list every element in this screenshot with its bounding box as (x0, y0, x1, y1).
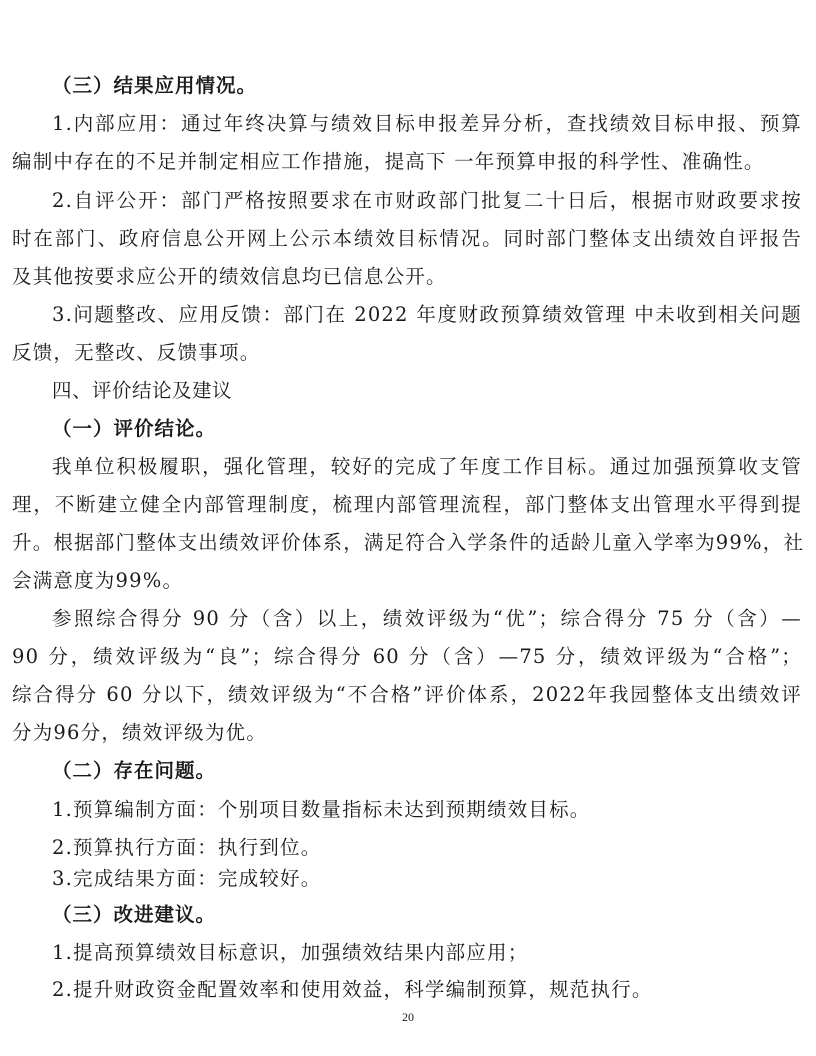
problem-item: 3.完成结果方面：完成较好。 (52, 866, 802, 892)
paragraph-line: 升。根据部门整体支出绩效评价体系，满足符合入学条件的适龄儿童入学率为99%，社 (12, 530, 802, 556)
problem-item: 2.预算执行方面：执行到位。 (52, 835, 802, 861)
paragraph-line: 2.自评公开：部门严格按照要求在市财政部门批复二十日后，根据市财政要求按 (52, 188, 802, 214)
paragraph-line: 1.内部应用：通过年终决算与绩效目标申报差异分析，查找绩效目标申报、预算 (52, 111, 802, 137)
page-number: 20 (0, 1010, 816, 1025)
suggestion-item: 1.提高预算绩效目标意识，加强绩效结果内部应用； (52, 940, 802, 966)
section-heading-results-application: （三）结果应用情况。 (52, 73, 802, 99)
paragraph-line: 会满意度为99%。 (12, 568, 802, 594)
section-heading-conclusion-and-suggestions: 四、评价结论及建议 (52, 378, 802, 404)
subsection-heading-conclusion: （一）评价结论。 (52, 416, 802, 442)
paragraph-line: 理，不断建立健全内部管理制度，梳理内部管理流程，部门整体支出管理水平得到提 (12, 492, 802, 518)
paragraph-line: 编制中存在的不足并制定相应工作措施，提高下 一年预算申报的科学性、准确性。 (12, 149, 802, 175)
paragraph-line: 3.问题整改、应用反馈：部门在 2022 年度财政预算绩效管理 中未收到相关问题 (52, 302, 802, 328)
paragraph-line: 综合得分 60 分以下，绩效评级为“不合格”评价体系，2022年我园整体支出绩效… (12, 682, 802, 708)
subsection-heading-problems: （二）存在问题。 (52, 758, 802, 784)
paragraph-line: 90 分，绩效评级为“良”；综合得分 60 分（含）—75 分，绩效评级为“合格… (12, 644, 802, 670)
suggestion-item: 2.提升财政资金配置效率和使用效益，科学编制预算，规范执行。 (52, 977, 802, 1003)
paragraph-line: 反馈，无整改、反馈事项。 (12, 340, 802, 366)
paragraph-line: 参照综合得分 90 分（含）以上，绩效评级为“优”；综合得分 75 分（含）— (52, 606, 802, 632)
paragraph-line: 时在部门、政府信息公开网上公示本绩效目标情况。同时部门整体支出绩效自评报告 (12, 226, 802, 252)
document-page: （三）结果应用情况。 1.内部应用：通过年终决算与绩效目标申报差异分析，查找绩效… (0, 0, 816, 1056)
paragraph-line: 分为96分，绩效评级为优。 (12, 720, 802, 746)
paragraph-line: 及其他按要求应公开的绩效信息均已信息公开。 (12, 264, 802, 290)
subsection-heading-suggestions: （三）改进建议。 (52, 902, 802, 928)
paragraph-line: 我单位积极履职，强化管理，较好的完成了年度工作目标。通过加强预算收支管 (52, 454, 802, 480)
problem-item: 1.预算编制方面：个别项目数量指标未达到预期绩效目标。 (52, 797, 802, 823)
